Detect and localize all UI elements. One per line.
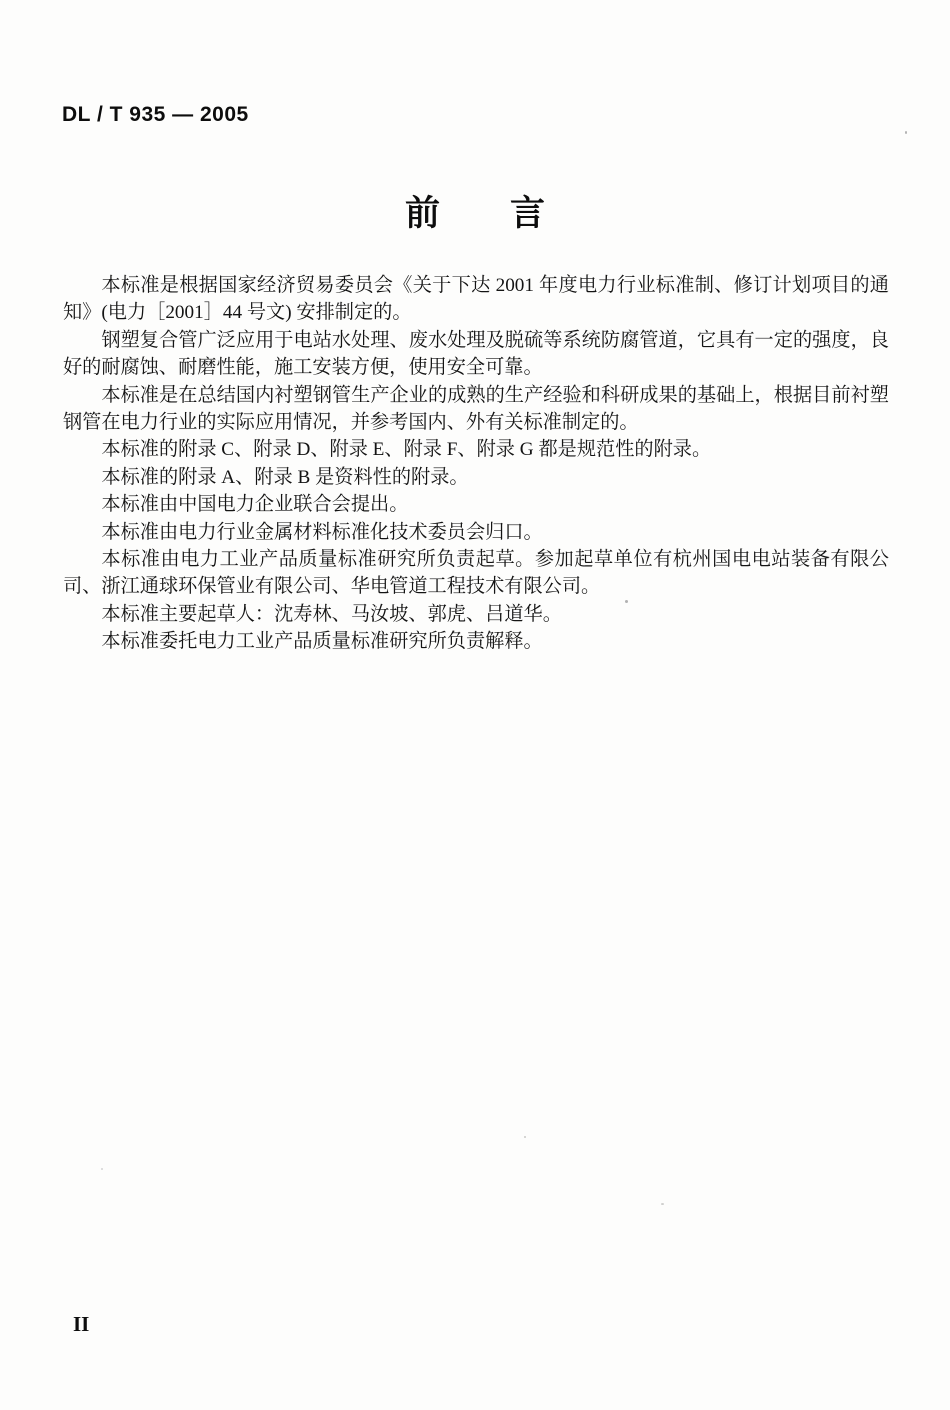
foreword-title: 前 言 (0, 186, 950, 236)
paragraph: 本标准由电力工业产品质量标准研究所负责起草。参加起草单位有杭州国电电站装备有限公… (63, 546, 889, 601)
foreword-body: 本标准是根据国家经济贸易委员会《关于下达 2001 年度电力行业标准制、修订计划… (63, 272, 889, 656)
paragraph: 本标准是在总结国内衬塑钢管生产企业的成熟的生产经验和科研成果的基础上，根据目前衬… (63, 382, 889, 437)
scan-speck (101, 1168, 103, 1170)
scan-speck (625, 600, 628, 603)
paragraph: 本标准是根据国家经济贸易委员会《关于下达 2001 年度电力行业标准制、修订计划… (63, 272, 889, 327)
paragraph: 本标准委托电力工业产品质量标准研究所负责解释。 (63, 628, 889, 655)
scan-speck (905, 131, 907, 134)
standard-number-header: DL / T 935 — 2005 (62, 103, 249, 127)
paragraph: 钢塑复合管广泛应用于电站水处理、废水处理及脱硫等系统防腐管道，它具有一定的强度，… (63, 327, 889, 382)
paragraph: 本标准由电力行业金属材料标准化技术委员会归口。 (63, 519, 889, 546)
scan-speck (661, 1203, 664, 1205)
scanned-document-page: DL / T 935 — 2005 前 言 本标准是根据国家经济贸易委员会《关于… (0, 0, 950, 1410)
paragraph: 本标准由中国电力企业联合会提出。 (63, 491, 889, 518)
page-number: II (73, 1312, 89, 1337)
scan-speck (524, 1136, 526, 1138)
paragraph: 本标准主要起草人：沈寿林、马汝坡、郭虎、吕道华。 (63, 601, 889, 628)
paragraph: 本标准的附录 A、附录 B 是资料性的附录。 (63, 464, 889, 491)
paragraph: 本标准的附录 C、附录 D、附录 E、附录 F、附录 G 都是规范性的附录。 (63, 436, 889, 463)
scan-speck (341, 527, 343, 529)
